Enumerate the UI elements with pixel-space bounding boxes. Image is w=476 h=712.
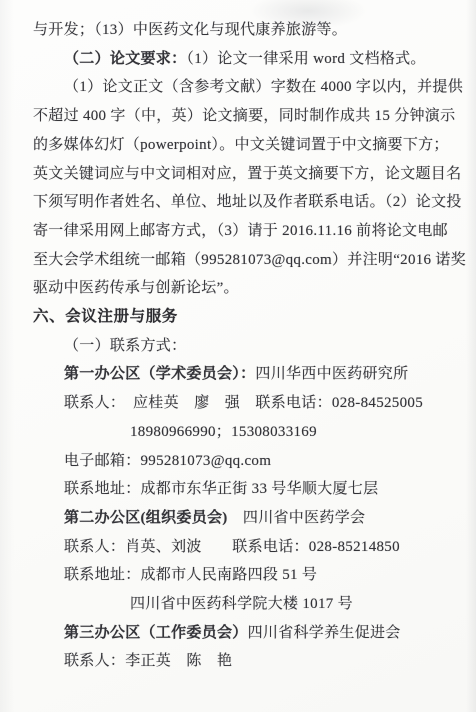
document-line: 联系人：李正英 陈 艳 (33, 647, 451, 676)
text-segment: 四川省科学养生促进会 (248, 625, 401, 641)
document-line: 第一办公区（学术委员会）：四川华西中医药研究所 (33, 360, 451, 389)
text-segment: 不超过 400 字（中，英）论文摘要，同时制作成共 15 分钟演示 (33, 108, 455, 124)
text-segment: 四川华西中医药研究所 (255, 366, 408, 382)
text-segment: （二）论文要求： (64, 51, 186, 67)
text-segment: 与开发；（13）中医药文化与现代康养旅游等。 (33, 22, 347, 38)
document-line: 电子邮箱：995281073@qq.com (33, 447, 451, 476)
text-segment: 第一办公区（学术委员会）： (64, 366, 255, 382)
text-segment: 18980966990；15308033169 (130, 424, 317, 440)
text-segment: 联系人：肖英、刘波 联系电话：028-85214850 (64, 539, 400, 555)
document-line: 联系地址：成都市人民南路四段 51 号 (33, 561, 451, 590)
text-segment: 电子邮箱：995281073@qq.com (64, 453, 271, 469)
text-segment: （1）论文正文（含参考文献）字数在 4000 字以内，并提供 (64, 79, 463, 95)
text-segment: （1）论文一律采用 word 文档格式。 (186, 51, 425, 67)
document-line: 第三办公区（工作委员会）四川省科学养生促进会 (33, 619, 451, 648)
text-segment: 至大会学术组统一邮箱（995281073@qq.com）并注明“2016 诺奖 (33, 252, 466, 268)
text-segment: 下须写明作者姓名、单位、地址以及作者联系电话。（2）论文投 (33, 194, 462, 210)
document-line: 与开发；（13）中医药文化与现代康养旅游等。 (33, 16, 451, 45)
text-segment: （一）联系方式： (64, 338, 186, 354)
document-line: 联系地址：成都市东华正街 33 号华顺大厦七层 (33, 475, 451, 504)
document-line: 寄一律采用网上邮寄方式，（3）请于 2016.11.16 前将论文电邮 (33, 217, 451, 246)
text-segment: 联系地址：成都市人民南路四段 51 号 (64, 567, 317, 583)
text-segment: 联系人： 应桂英 廖 强 联系电话：028-84525005 (64, 395, 423, 411)
document-line: 驱动中医药传承与创新论坛”。 (33, 274, 451, 303)
document-line: （1）论文正文（含参考文献）字数在 4000 字以内，并提供 (33, 73, 451, 102)
text-segment: 联系人：李正英 陈 艳 (64, 653, 232, 669)
document-page: 与开发；（13）中医药文化与现代康养旅游等。（二）论文要求：（1）论文一律采用 … (0, 0, 476, 712)
document-line: 18980966990；15308033169 (33, 418, 451, 447)
text-segment: 四川省中医药学会 (228, 510, 366, 526)
document-line: 第二办公区(组织委员会) 四川省中医药学会 (33, 504, 451, 533)
document-line: 四川省中医药科学院大楼 1017 号 (33, 590, 451, 619)
text-segment: 驱动中医药传承与创新论坛”。 (33, 280, 239, 296)
document-line: 的多媒体幻灯（powerpoint）。中文关键词置于中文摘要下方； (33, 131, 451, 160)
document-line: 不超过 400 字（中，英）论文摘要，同时制作成共 15 分钟演示 (33, 102, 451, 131)
text-segment: 四川省中医药科学院大楼 1017 号 (130, 596, 353, 612)
text-segment: 英文关键词应与中文词相对应，置于英文摘要下方，论文题目名 (33, 166, 461, 182)
text-segment: 的多媒体幻灯（powerpoint）。中文关键词置于中文摘要下方； (33, 137, 449, 153)
document-line: 联系人： 应桂英 廖 强 联系电话：028-84525005 (33, 389, 451, 418)
document-line: 联系人：肖英、刘波 联系电话：028-85214850 (33, 533, 451, 562)
text-segment: 第三办公区（工作委员会） (64, 625, 248, 641)
text-segment: 寄一律采用网上邮寄方式，（3）请于 2016.11.16 前将论文电邮 (33, 223, 448, 239)
document-line: （二）论文要求：（1）论文一律采用 word 文档格式。 (33, 45, 451, 74)
text-segment: 联系地址：成都市东华正街 33 号华顺大厦七层 (64, 481, 378, 497)
document-line: （一）联系方式： (33, 332, 451, 361)
section-heading: 六、会议注册与服务 (33, 303, 451, 332)
document-line: 至大会学术组统一邮箱（995281073@qq.com）并注明“2016 诺奖 (33, 246, 451, 275)
scan-edge-shading (0, 0, 14, 712)
document-line: 英文关键词应与中文词相对应，置于英文摘要下方，论文题目名 (33, 160, 451, 189)
text-segment: 六、会议注册与服务 (33, 308, 178, 325)
document-line: 下须写明作者姓名、单位、地址以及作者联系电话。（2）论文投 (33, 188, 451, 217)
document-body: 与开发；（13）中医药文化与现代康养旅游等。（二）论文要求：（1）论文一律采用 … (33, 16, 451, 676)
text-segment: 第二办公区(组织委员会) (64, 510, 228, 526)
